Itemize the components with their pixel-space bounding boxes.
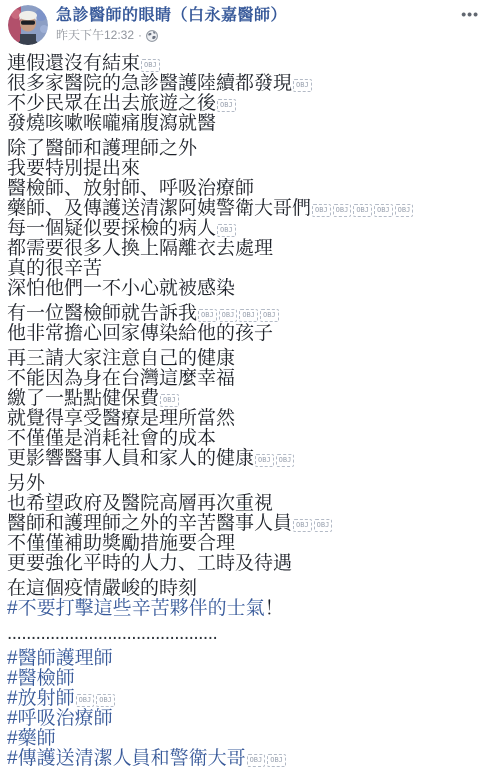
more-options-button[interactable]: ••• xyxy=(457,4,483,24)
obj-placeholder-icon: OBJ xyxy=(267,754,286,767)
post-text: 除了醫師和護理師之外 xyxy=(7,138,197,159)
post-text: 另外 xyxy=(7,473,45,494)
obj-placeholder-icon: OBJ xyxy=(239,309,258,322)
header-text: 急診醫師的眼睛（白永嘉醫師） 昨天下午12:32 · xyxy=(56,5,287,44)
post-line: 每一個疑似要採檢的病人OBJ xyxy=(7,219,485,239)
obj-placeholder-icon: OBJ xyxy=(276,454,295,467)
obj-placeholder-icon: OBJ xyxy=(260,309,279,322)
page-name-link[interactable]: 急診醫師的眼睛（白永嘉醫師） xyxy=(56,6,287,26)
post-line: 有一位醫檢師就告訴我OBJOBJOBJOBJ xyxy=(7,304,485,324)
post-text: 每一個疑似要採檢的病人 xyxy=(7,218,216,239)
post-line: 繳了一點點健保費OBJ xyxy=(7,389,485,409)
post-text: 繳了一點點健保費 xyxy=(7,388,159,409)
obj-placeholder-icon: OBJ xyxy=(96,694,115,707)
hashtag-link[interactable]: #藥師 xyxy=(7,728,56,749)
paragraph: 再三請大家注意自己的健康不能因為身在台灣這麼幸福繳了一點點健保費OBJ就覺得享受… xyxy=(7,349,485,469)
post-text: 不僅僅補助獎勵措施要合理 xyxy=(7,533,235,554)
post-line: #醫師護理師 xyxy=(7,649,485,669)
hashtag-link[interactable]: #呼吸治療師 xyxy=(7,708,113,729)
post-text: 真的很辛苦 xyxy=(7,258,102,279)
obj-placeholder-icon: OBJ xyxy=(198,309,217,322)
profile-photo-icon xyxy=(8,5,48,45)
obj-placeholder-icon: OBJ xyxy=(293,519,312,532)
post-meta: 昨天下午12:32 · xyxy=(56,27,287,44)
post-line: 不能因為身在台灣這麼幸福 xyxy=(7,369,485,389)
post-body: 連假還沒有結束OBJ很多家醫院的急診醫護陸續都發現OBJ不少民眾在出去旅遊之後O… xyxy=(0,48,493,769)
obj-placeholder-icon: OBJ xyxy=(353,204,372,217)
post-line: 醫檢師、放射師、呼吸治療師 xyxy=(7,179,485,199)
post-text: 再三請大家注意自己的健康 xyxy=(7,348,235,369)
post-text: 不少民眾在出去旅遊之後 xyxy=(7,93,216,114)
post-text: 也希望政府及醫院高層再次重視 xyxy=(7,493,273,514)
post-text: 就覺得享受醫療是理所當然 xyxy=(7,408,235,429)
post-text: 有一位醫檢師就告訴我 xyxy=(7,303,197,324)
post-header: 急診醫師的眼睛（白永嘉醫師） 昨天下午12:32 · ••• xyxy=(0,0,493,48)
post-line: 除了醫師和護理師之外 xyxy=(7,139,485,159)
obj-placeholder-icon: OBJ xyxy=(314,519,333,532)
obj-placeholder-icon: OBJ xyxy=(217,224,236,237)
post-line: 藥師、及傳護送清潔阿姨警衛大哥們OBJOBJOBJOBJOBJ xyxy=(7,199,485,219)
hashtag-link[interactable]: #放射師 xyxy=(7,688,75,709)
timestamp-link[interactable]: 昨天下午12:32 xyxy=(56,27,134,44)
post-text: 不僅僅是消耗社會的成本 xyxy=(7,428,216,449)
post-line: 不少民眾在出去旅遊之後OBJ xyxy=(7,94,485,114)
hashtag-link[interactable]: #傳護送清潔人員和警衛大哥 xyxy=(7,748,246,769)
obj-placeholder-icon: OBJ xyxy=(255,454,274,467)
post-text: 更影響醫事人員和家人的健康 xyxy=(7,448,254,469)
post-line: #傳護送清潔人員和警衛大哥OBJOBJ xyxy=(7,749,485,769)
post-line: 深怕他們一不小心就被感染 xyxy=(7,279,485,299)
post-text: ！ xyxy=(265,598,284,619)
obj-placeholder-icon: OBJ xyxy=(312,204,331,217)
post-line: 另外 xyxy=(7,474,485,494)
post-line: 真的很辛苦 xyxy=(7,259,485,279)
post-line: ........................................… xyxy=(7,624,485,644)
post-line: #不要打擊這些辛苦夥伴的士氣！ xyxy=(7,599,485,619)
post-line: 他非常擔心回家傳染給他的孩子 xyxy=(7,324,485,344)
obj-placeholder-icon: OBJ xyxy=(141,59,160,72)
post-text: 更要強化平時的人力、工時及待遇 xyxy=(7,553,292,574)
paragraph: 除了醫師和護理師之外我要特別提出來醫檢師、放射師、呼吸治療師藥師、及傳護送清潔阿… xyxy=(7,139,485,299)
meta-separator: · xyxy=(138,27,142,44)
dotted-separator-paragraph: ........................................… xyxy=(7,624,485,644)
paragraph: 在這個疫情嚴峻的時刻#不要打擊這些辛苦夥伴的士氣！ xyxy=(7,579,485,619)
post-line: #放射師OBJOBJ xyxy=(7,689,485,709)
post-text: 藥師、及傳護送清潔阿姨警衛大哥們 xyxy=(7,198,311,219)
post-line: #醫檢師 xyxy=(7,669,485,689)
obj-placeholder-icon: OBJ xyxy=(293,79,312,92)
post-line: 不僅僅補助獎勵措施要合理 xyxy=(7,534,485,554)
post-text: 在這個疫情嚴峻的時刻 xyxy=(7,578,197,599)
obj-placeholder-icon: OBJ xyxy=(76,694,95,707)
post-text: 醫檢師、放射師、呼吸治療師 xyxy=(7,178,254,199)
paragraph: 連假還沒有結束OBJ很多家醫院的急診醫護陸續都發現OBJ不少民眾在出去旅遊之後O… xyxy=(7,54,485,134)
post-line: 我要特別提出來 xyxy=(7,159,485,179)
obj-placeholder-icon: OBJ xyxy=(395,204,414,217)
post-line: #藥師 xyxy=(7,729,485,749)
paragraph: #醫師護理師#醫檢師#放射師OBJOBJ#呼吸治療師#藥師#傳護送清潔人員和警衛… xyxy=(7,649,485,769)
post-text: 連假還沒有結束 xyxy=(7,53,140,74)
globe-public-icon xyxy=(146,30,158,42)
post-text: 我要特別提出來 xyxy=(7,158,140,179)
post-line: 不僅僅是消耗社會的成本 xyxy=(7,429,485,449)
post-text: 都需要很多人換上隔離衣去處理 xyxy=(7,238,273,259)
obj-placeholder-icon: OBJ xyxy=(217,99,236,112)
post-text: 很多家醫院的急診醫護陸續都發現 xyxy=(7,73,292,94)
ellipsis-icon: ••• xyxy=(461,6,479,22)
hashtag-link[interactable]: #不要打擊這些辛苦夥伴的士氣 xyxy=(7,598,265,619)
paragraph: 另外也希望政府及醫院高層再次重視醫師和護理師之外的辛苦醫事人員OBJOBJ不僅僅… xyxy=(7,474,485,574)
post-line: 很多家醫院的急診醫護陸續都發現OBJ xyxy=(7,74,485,94)
post-line: 醫師和護理師之外的辛苦醫事人員OBJOBJ xyxy=(7,514,485,534)
facebook-post: 急診醫師的眼睛（白永嘉醫師） 昨天下午12:32 · ••• 連假還沒有結束OB… xyxy=(0,0,493,779)
post-line: 在這個疫情嚴峻的時刻 xyxy=(7,579,485,599)
obj-placeholder-icon: OBJ xyxy=(374,204,393,217)
obj-placeholder-icon: OBJ xyxy=(160,394,179,407)
obj-placeholder-icon: OBJ xyxy=(247,754,266,767)
post-line: 更影響醫事人員和家人的健康OBJOBJ xyxy=(7,449,485,469)
post-line: 就覺得享受醫療是理所當然 xyxy=(7,409,485,429)
post-text: 不能因為身在台灣這麼幸福 xyxy=(7,368,235,389)
avatar[interactable] xyxy=(8,5,48,45)
post-line: 再三請大家注意自己的健康 xyxy=(7,349,485,369)
post-line: 更要強化平時的人力、工時及待遇 xyxy=(7,554,485,574)
post-text: 發燒咳嗽喉嚨痛腹瀉就醫 xyxy=(7,113,216,134)
post-line: #呼吸治療師 xyxy=(7,709,485,729)
post-line: 都需要很多人換上隔離衣去處理 xyxy=(7,239,485,259)
post-text: 醫師和護理師之外的辛苦醫事人員 xyxy=(7,513,292,534)
hashtag-link[interactable]: #醫檢師 xyxy=(7,668,75,689)
post-line: 也希望政府及醫院高層再次重視 xyxy=(7,494,485,514)
post-text: 他非常擔心回家傳染給他的孩子 xyxy=(7,323,273,344)
dotted-separator: ........................................… xyxy=(7,623,217,644)
post-line: 連假還沒有結束OBJ xyxy=(7,54,485,74)
hashtag-link[interactable]: #醫師護理師 xyxy=(7,648,113,669)
obj-placeholder-icon: OBJ xyxy=(333,204,352,217)
obj-placeholder-icon: OBJ xyxy=(219,309,238,322)
paragraph: 有一位醫檢師就告訴我OBJOBJOBJOBJ他非常擔心回家傳染給他的孩子 xyxy=(7,304,485,344)
post-text: 深怕他們一不小心就被感染 xyxy=(7,278,235,299)
post-line: 發燒咳嗽喉嚨痛腹瀉就醫 xyxy=(7,114,485,134)
